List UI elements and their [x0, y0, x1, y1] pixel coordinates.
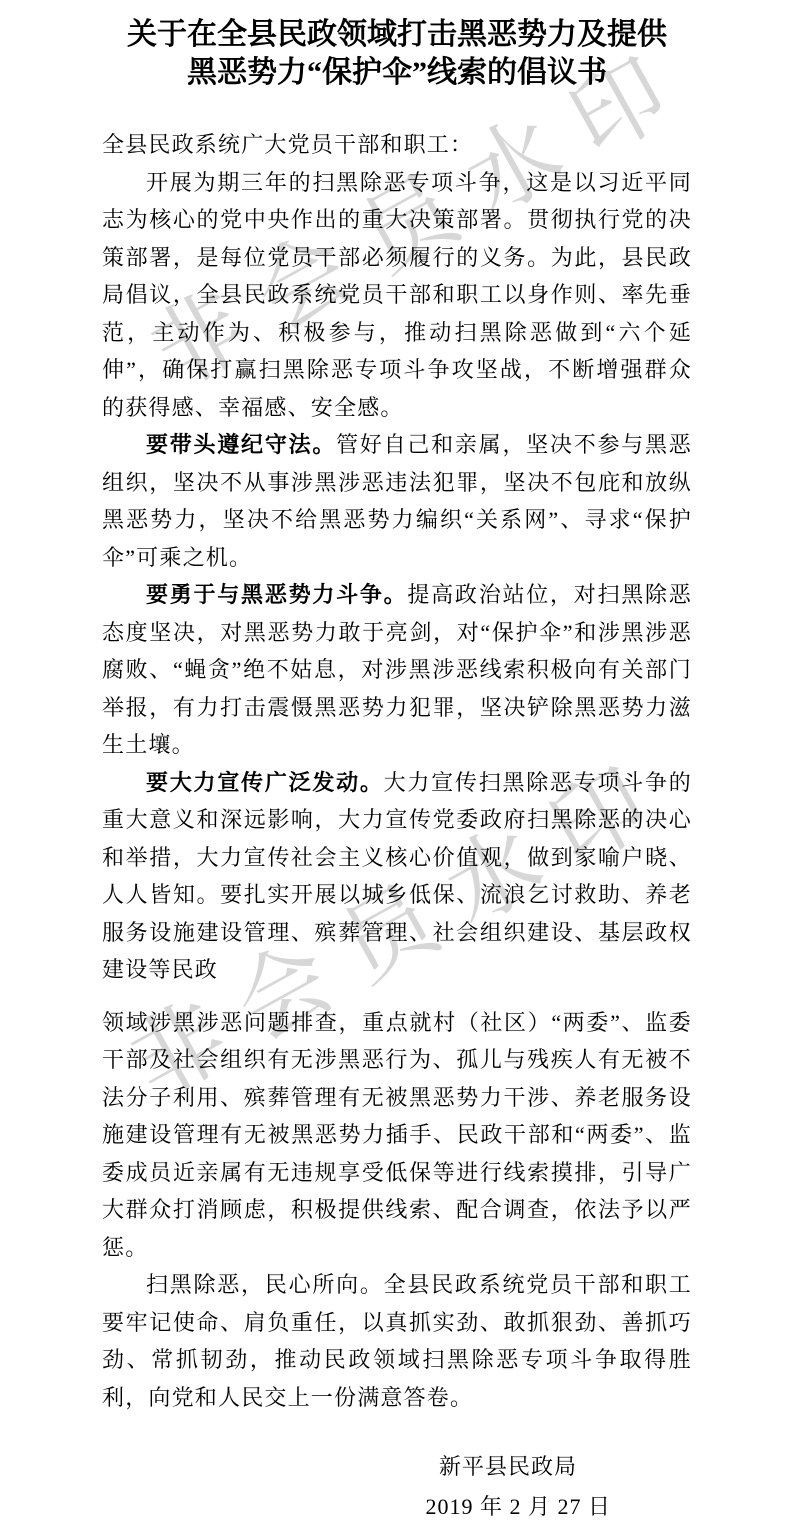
paragraph-text: 领域涉黑涉恶问题排查，重点就村（社区）“两委”、监委干部及社会组织有无涉黑恶行为…: [102, 1010, 692, 1260]
document-content: 关于在全县民政领域打击黑恶势力及提供 黑恶势力“保护伞”线索的倡议书 全县民政系…: [102, 0, 692, 1416]
title-line-1: 关于在全县民政领域打击黑恶势力及提供: [102, 16, 692, 54]
paragraph-list: 开展为期三年的扫黑除恶专项斗争，这是以习近平同志为核心的党中央作出的重大决策部署…: [102, 164, 692, 1417]
paragraph-text: 提高政治站位，对扫黑除恶态度坚决，对黑恶势力敢于亮剑，对“保护伞”和涉黑涉恶腐败…: [102, 582, 692, 757]
paragraph: 要带头遵纪守法。管好自己和亲属，坚决不参与黑恶组织，坚决不从事涉黑涉恶违法犯罪，…: [102, 426, 692, 576]
document-title: 关于在全县民政领域打击黑恶势力及提供 黑恶势力“保护伞”线索的倡议书: [102, 0, 692, 92]
document-body: 全县民政系统广大党员干部和职工： 开展为期三年的扫黑除恶专项斗争，这是以习近平同…: [102, 126, 692, 1416]
paragraph: 扫黑除恶，民心所向。全县民政系统党员干部和职工要牢记使命、肩负重任，以真抓实劲、…: [102, 1266, 692, 1416]
paragraph-text: 扫黑除恶，民心所向。全县民政系统党员干部和职工要牢记使命、肩负重任，以真抓实劲、…: [102, 1272, 692, 1410]
paragraph-lead: 要勇于与黑恶势力斗争。: [146, 582, 407, 607]
title-line-2: 黑恶势力“保护伞”线索的倡议书: [102, 54, 692, 92]
paragraph-text: 开展为期三年的扫黑除恶专项斗争，这是以习近平同志为核心的党中央作出的重大决策部署…: [102, 170, 692, 420]
paragraph: 要勇于与黑恶势力斗争。提高政治站位，对扫黑除恶态度坚决，对黑恶势力敢于亮剑，对“…: [102, 576, 692, 764]
salutation: 全县民政系统广大党员干部和职工：: [102, 126, 692, 164]
paragraph: 要大力宣传广泛发动。大力宣传扫黑除恶专项斗争的重大意义和深远影响，大力宣传党委政…: [102, 764, 692, 989]
signature-date: 2019 年 2 月 27 日: [425, 1490, 611, 1521]
paragraph-text: 大力宣传扫黑除恶专项斗争的重大意义和深远影响，大力宣传党委政府扫黑除恶的决心和举…: [102, 770, 692, 983]
paragraph-lead: 要大力宣传广泛发动。: [146, 770, 384, 795]
signature-org: 新平县民政局: [439, 1450, 577, 1481]
paragraph: 领域涉黑涉恶问题排查，重点就村（社区）“两委”、监委干部及社会组织有无涉黑恶行为…: [102, 1004, 692, 1267]
paragraph: 开展为期三年的扫黑除恶专项斗争，这是以习近平同志为核心的党中央作出的重大决策部署…: [102, 164, 692, 427]
paragraph-lead: 要带头遵纪守法。: [146, 432, 336, 457]
document-page: 非会员水印 非会员水印 关于在全县民政领域打击黑恶势力及提供 黑恶势力“保护伞”…: [0, 0, 793, 1528]
